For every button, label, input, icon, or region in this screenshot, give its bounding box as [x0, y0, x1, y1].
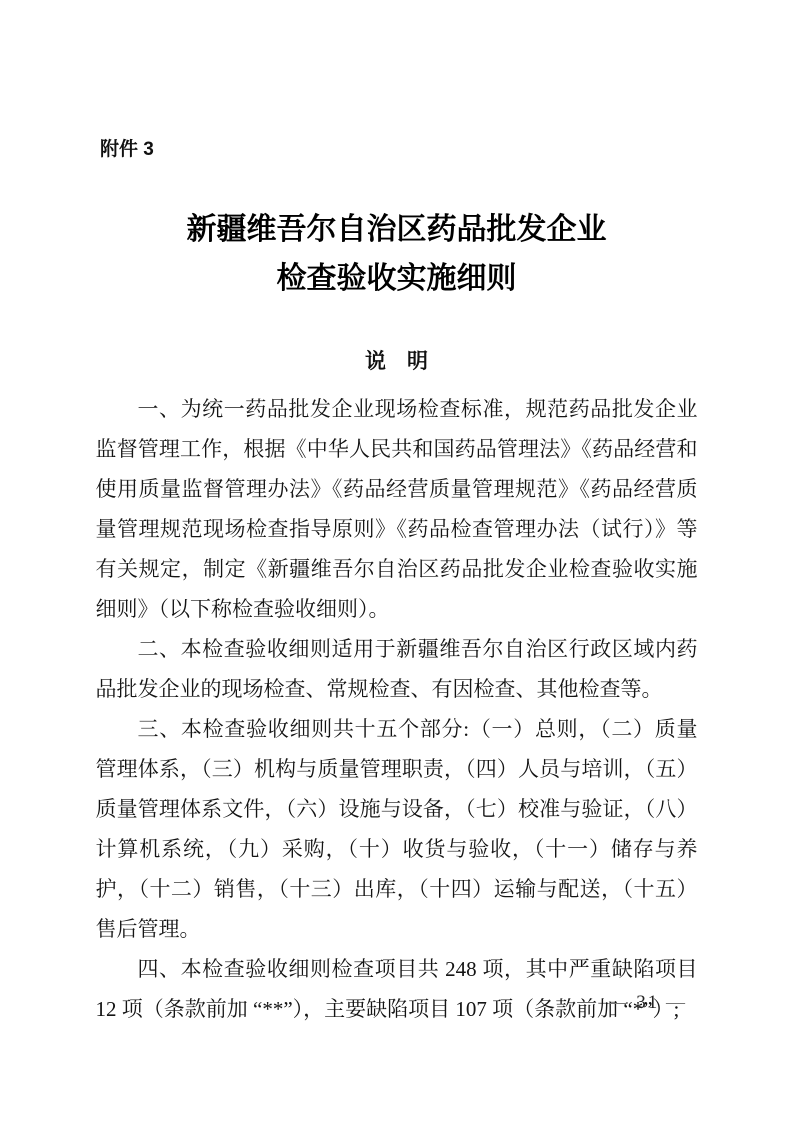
document-page: 附件 3 新疆维吾尔自治区药品批发企业 检查验收实施细则 说 明 一、为统一药品…: [0, 0, 793, 1122]
paragraph-1: 一、为统一药品批发企业现场检查标准，规范药品批发企业监督管理工作，根据《中华人民…: [96, 389, 698, 629]
page-number: — 31 —: [609, 992, 688, 1014]
document-title: 新疆维吾尔自治区药品批发企业 检查验收实施细则: [77, 205, 717, 303]
attachment-label: 附件 3: [100, 134, 793, 161]
paragraph-4: 四、本检查验收细则检查项目共 248 项，其中严重缺陷项目 12 项（条款前加 …: [96, 949, 698, 1029]
section-heading: 说 明: [0, 345, 793, 375]
page-number-dash-left: —: [609, 992, 630, 1013]
paragraph-2: 二、本检查验收细则适用于新疆维吾尔自治区行政区域内药品批发企业的现场检查、常规检…: [96, 629, 698, 709]
paragraph-3: 三、本检查验收细则共十五个部分:（一）总则，（二）质量管理体系，（三）机构与质量…: [96, 709, 698, 949]
page-number-dash-right: —: [666, 992, 687, 1013]
title-line-2: 检查验收实施细则: [77, 254, 717, 303]
page-number-value: 31: [636, 992, 659, 1013]
document-body: 一、为统一药品批发企业现场检查标准，规范药品批发企业监督管理工作，根据《中华人民…: [96, 389, 698, 1029]
title-line-1: 新疆维吾尔自治区药品批发企业: [77, 205, 717, 254]
